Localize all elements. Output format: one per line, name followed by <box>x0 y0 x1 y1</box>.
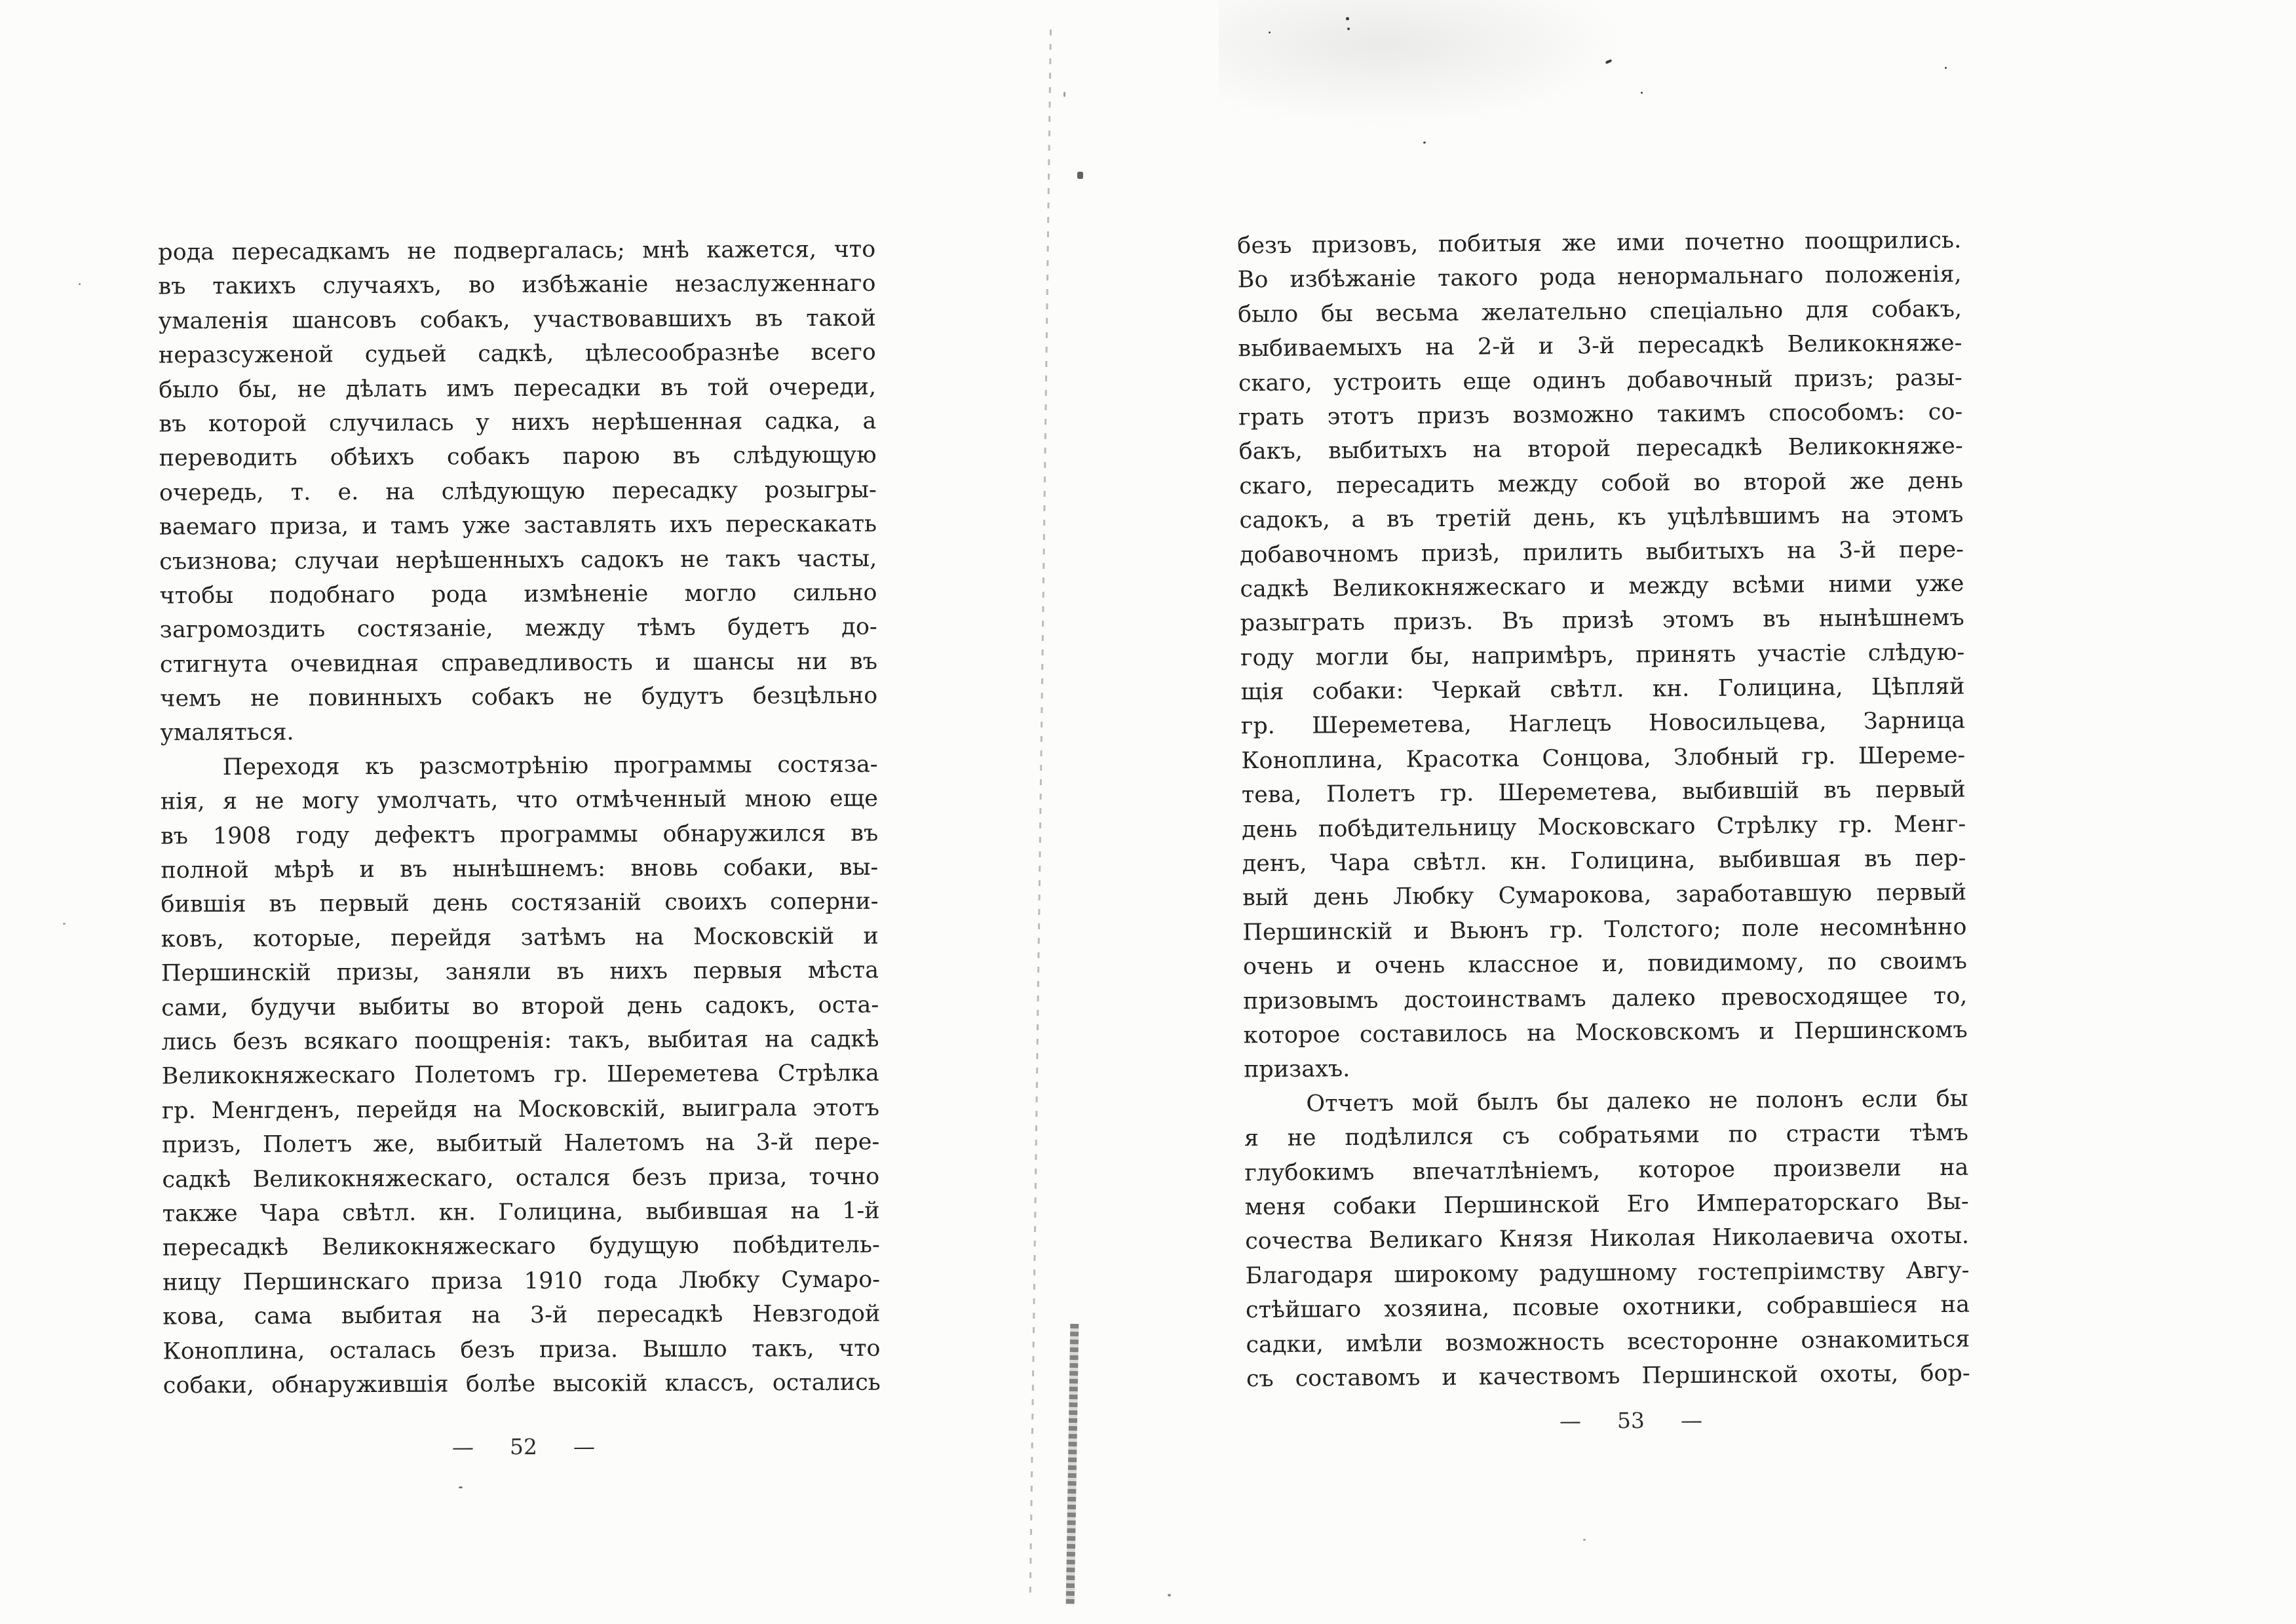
text-line: неразсуженой судьей садкѣ, цѣлесообразнѣ… <box>159 336 876 373</box>
text-line: садокъ, а въ третій день, къ уцѣлѣвшимъ … <box>1239 498 1963 538</box>
scan-speck <box>1269 31 1271 33</box>
text-line: разыграть призъ. Въ призѣ этомъ въ нынѣш… <box>1240 601 1964 641</box>
text-line: переводить обѣихъ собакъ парою въ слѣдую… <box>159 438 876 476</box>
text-line: году могли бы, напримѣръ, принять участі… <box>1240 635 1964 675</box>
text-line: лись безъ всякаго поощренія: такъ, выбит… <box>161 1022 879 1060</box>
text-line: глубокимъ впечатлѣніемъ, которое произве… <box>1244 1150 1968 1190</box>
text-line: очень и очень классное и, повидимому, по… <box>1243 944 1967 984</box>
page-number: 53 <box>1617 1408 1645 1433</box>
scan-speck <box>459 1486 463 1488</box>
text-line: Во избѣжаніе такого рода ненормальнаго п… <box>1237 258 1961 298</box>
text-line: садки, имѣли возможность всесторонне озн… <box>1246 1322 1970 1362</box>
page-number-dash: — <box>452 1434 474 1460</box>
scan-speck <box>1077 172 1083 179</box>
text-line: щія собаки: Черкай свѣтл. кн. Голицина, … <box>1240 670 1964 710</box>
text-line: рода пересадкамъ не подвергалась; мнѣ ка… <box>158 233 875 270</box>
text-line: въ такихъ случаяхъ, во избѣжаніе незаслу… <box>158 267 875 304</box>
text-line: я не подѣлился съ собратьями по страсти … <box>1244 1116 1968 1156</box>
text-line: ницу Першинскаго приза 1910 года Любку С… <box>163 1262 880 1300</box>
text-line: умаленія шансовъ собакъ, участвовавшихъ … <box>159 301 876 338</box>
text-line: было бы, не дѣлать имъ пересадки въ той … <box>159 370 876 407</box>
page-number: 52 <box>510 1434 537 1460</box>
text-line: ковъ, которые, перейдя затѣмъ на Московс… <box>161 919 879 956</box>
text-line: Отчетъ мой былъ бы далеко не полонъ если… <box>1244 1081 1968 1121</box>
text-line: призовымъ достоинствамъ далеко превосход… <box>1243 978 1967 1018</box>
text-line: умаляться. <box>160 713 877 750</box>
text-line: вый день Любку Сумарокова, заработавшую … <box>1242 876 1966 916</box>
text-line: гр. Шереметева, Наглецъ Новосильцева, За… <box>1241 704 1965 744</box>
page-number-dash: — <box>573 1434 595 1460</box>
text-line: гр. Менгденъ, перейдя на Московскій, выи… <box>162 1091 879 1128</box>
text-line: день побѣдительницу Московскаго Стрѣлку … <box>1242 807 1966 847</box>
scan-speck <box>1423 142 1426 144</box>
text-line: Коноплина, осталась безъ приза. Вышло та… <box>163 1331 880 1368</box>
text-line: сочества Великаго Князя Николая Николаев… <box>1245 1219 1969 1259</box>
text-line: садкѣ Великокняжескаго, остался безъ при… <box>162 1159 879 1197</box>
text-line: чемъ не повинныхъ собакъ не будутъ безцѣ… <box>160 679 877 716</box>
text-line: Переходя къ разсмотрѣнію программы состя… <box>161 747 878 784</box>
text-line: чтобы подобнаго рода измѣненіе могло сил… <box>159 576 877 613</box>
page-fold-ink-smudge <box>1066 1324 1079 1604</box>
text-line: собаки, обнаружившія болѣе высокій класс… <box>163 1365 881 1402</box>
text-line: садкѣ Великокняжескаго и между всѣми ним… <box>1240 567 1964 607</box>
text-line: Першинскій и Вьюнъ гр. Толстого; поле не… <box>1242 910 1966 950</box>
text-line: кова, сама выбитая на 3-й пересадкѣ Невз… <box>163 1297 880 1334</box>
text-line: стигнута очевидная справедливость и шанс… <box>160 644 877 682</box>
scan-speck <box>63 923 66 925</box>
text-line: денъ, Чара свѣтл. кн. Голицина, выбившая… <box>1242 841 1966 881</box>
text-line: полной мѣрѣ и въ нынѣшнемъ: вновь собаки… <box>161 851 878 888</box>
text-line: Коноплина, Красотка Сонцова, Злобный гр.… <box>1241 739 1965 779</box>
text-line: также Чара свѣтл. кн. Голицина, выбившая… <box>163 1194 880 1231</box>
text-line: ваемаго приза, и тамъ уже заставлять ихъ… <box>159 507 877 545</box>
page-number-left: — 52 — <box>452 1434 595 1460</box>
scan-speck <box>1583 1539 1586 1541</box>
page-number-dash: — <box>1681 1407 1702 1433</box>
book-scan-spread: рода пересадкамъ не подвергалась; мнѣ ка… <box>0 0 2296 1624</box>
scan-speck <box>1346 17 1349 20</box>
text-line: призъ, Полетъ же, выбитый Налетомъ на 3-… <box>162 1125 879 1163</box>
text-line: безъ призовъ, побитыя же ими почетно поо… <box>1237 223 1961 263</box>
text-line: грать этотъ призъ возможно такимъ способ… <box>1238 395 1962 435</box>
text-line: бакъ, выбитыхъ на второй пересадкѣ Велик… <box>1238 429 1962 469</box>
text-line: загромоздить состязаніе, между тѣмъ буде… <box>160 610 877 648</box>
text-line: меня собаки Першинской Его Императорскаг… <box>1245 1185 1969 1225</box>
text-line: Благодаря широкому радушному гостепріимс… <box>1245 1253 1969 1293</box>
text-line: выбиваемыхъ на 2-й и 3-й пересадкѣ Велик… <box>1238 326 1962 366</box>
scan-speck <box>1945 67 1947 69</box>
text-line: призахъ. <box>1244 1047 1968 1087</box>
left-page-text: рода пересадкамъ не подвергалась; мнѣ ка… <box>158 233 881 1403</box>
text-line: съ составомъ и качествомъ Першинской охо… <box>1246 1357 1970 1397</box>
page-number-right: — 53 — <box>1559 1407 1702 1433</box>
text-line: скаго, пересадить между собой во второй … <box>1239 463 1963 503</box>
text-line: очередь, т. е. на слѣдующую пересадку ро… <box>159 473 877 510</box>
scan-speck <box>1168 1594 1171 1596</box>
page-number-dash: — <box>1559 1408 1581 1433</box>
text-line: тева, Полетъ гр. Шереметева, выбившій въ… <box>1242 773 1966 813</box>
scan-speck <box>1063 92 1065 97</box>
right-page-text: безъ призовъ, побитыя же ими почетно поо… <box>1237 223 1970 1397</box>
scan-smudge <box>1219 0 1625 125</box>
scan-speck <box>1641 92 1643 94</box>
scan-speck <box>79 283 81 285</box>
text-line: въ 1908 году дефектъ программы обнаружил… <box>161 816 878 853</box>
text-line: добавочномъ призѣ, прилить выбитыхъ на 3… <box>1240 532 1964 572</box>
text-line: съизнова; случаи нерѣшенныхъ садокъ не т… <box>159 541 877 579</box>
text-line: въ которой случилась у нихъ нерѣшенная с… <box>159 404 876 442</box>
text-line: стѣйшаго хозяина, псовые охотники, собра… <box>1246 1288 1970 1328</box>
page-fold-line <box>1029 29 1052 1596</box>
text-line: Першинскій призы, заняли въ нихъ первыя … <box>161 954 879 991</box>
text-line: пересадкѣ Великокняжескаго будущую побѣд… <box>163 1228 880 1266</box>
text-line: скаго, устроить еще одинъ добавочный при… <box>1238 360 1962 400</box>
text-line: было бы весьма желательно спеціально для… <box>1238 292 1962 332</box>
text-line: которое составилось на Московскомъ и Пер… <box>1243 1013 1967 1053</box>
text-line: Великокняжескаго Полетомъ гр. Шереметева… <box>162 1056 879 1094</box>
text-line: бившія въ первый день состязаній своихъ … <box>161 885 878 922</box>
scan-speck <box>1347 28 1350 30</box>
text-line: сами, будучи выбиты во второй день садок… <box>161 988 879 1025</box>
text-line: нія, я не могу умолчать, что отмѣченный … <box>161 782 878 819</box>
